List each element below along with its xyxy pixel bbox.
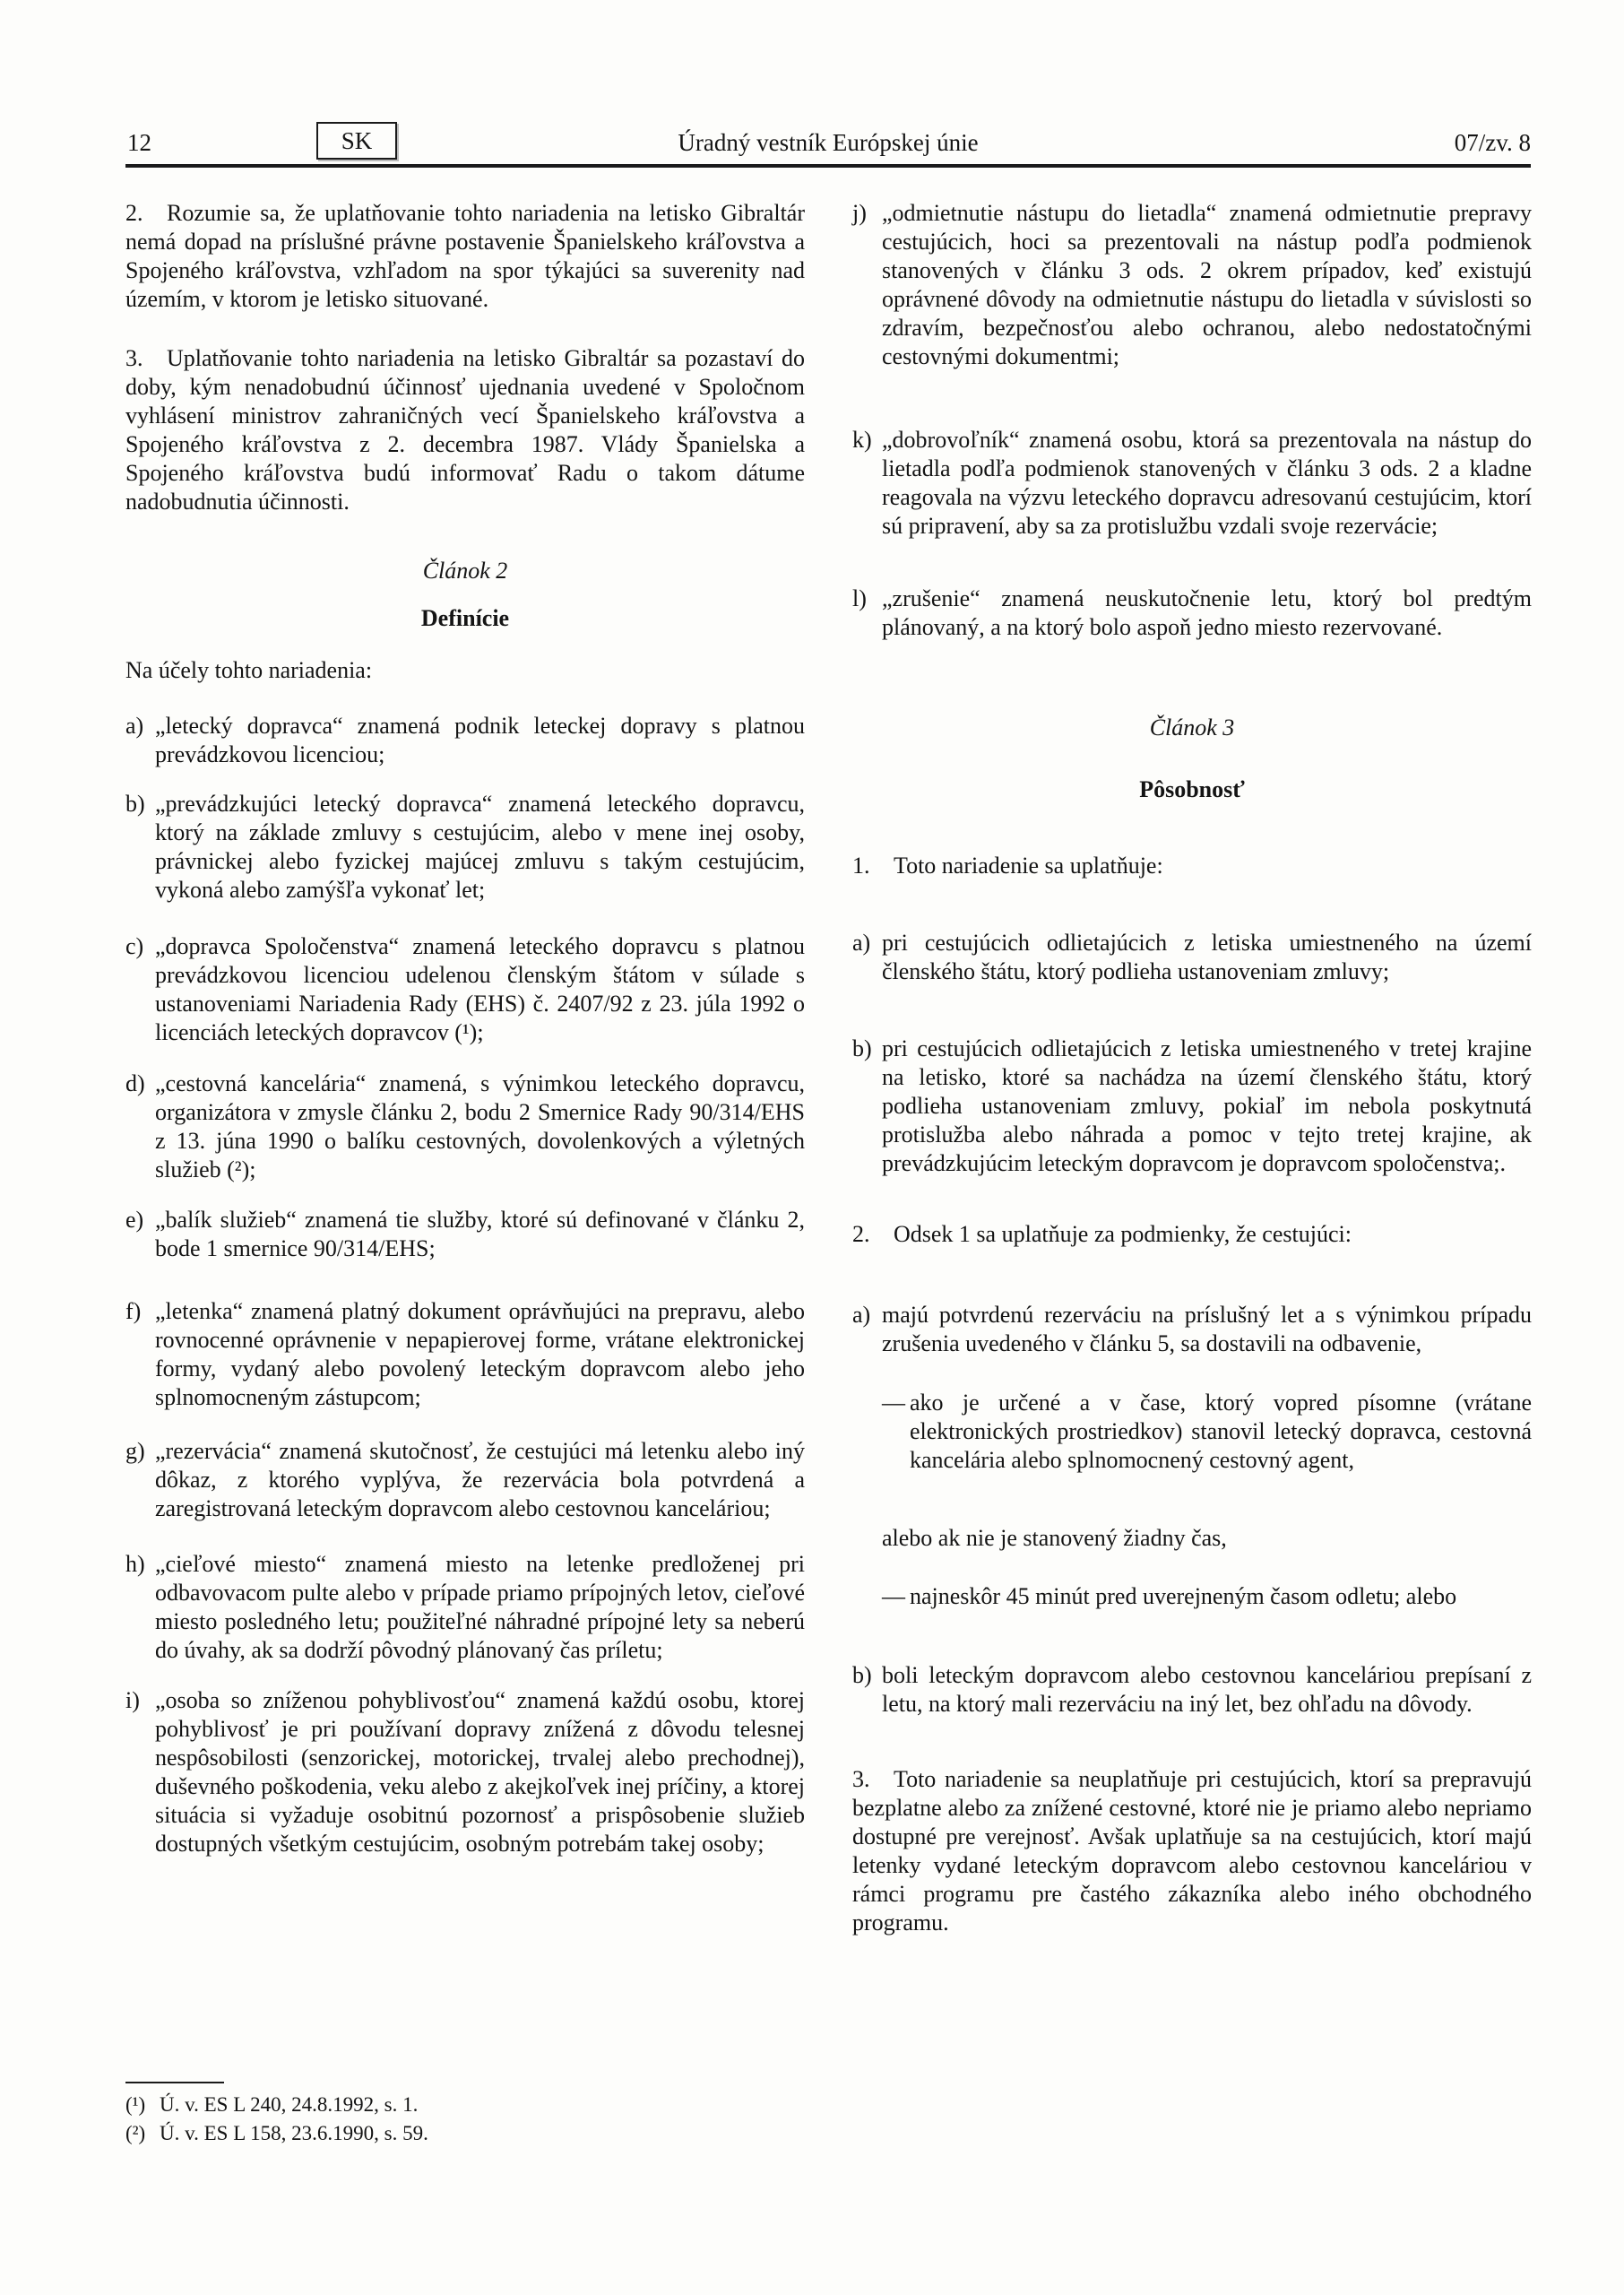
paragraph-number: 1. — [852, 852, 894, 880]
item-label: a) — [852, 1301, 870, 1329]
definition-item-d: d) „cestovná kancelária“ znamená, s výni… — [125, 1070, 805, 1184]
item-text: „cestovná kancelária“ znamená, s výnimko… — [155, 1070, 805, 1182]
right-column: j) „odmietnutie nástupu do lietadla“ zna… — [852, 199, 1532, 1937]
paragraph-text: Toto nariadenie sa neuplatňuje pri cestu… — [852, 1766, 1532, 1936]
language-badge: SK — [316, 122, 397, 160]
definition-item-e: e) „balík služieb“ znamená tie služby, k… — [125, 1206, 805, 1263]
footnote-marker: (¹) — [125, 2091, 160, 2119]
scope-paragraph-1: 1.Toto nariadenie sa uplatňuje: — [852, 852, 1532, 880]
left-column: 2.Rozumie sa, že uplatňovanie tohto nari… — [125, 199, 805, 1858]
page-header: 12 Úradný vestník Európskej únie SK 07/z… — [125, 126, 1531, 165]
definition-item-i: i) „osoba so zníženou pohyblivosťou“ zna… — [125, 1686, 805, 1858]
article-2-label: Článok 2 — [125, 557, 805, 585]
item-label: a) — [852, 929, 870, 957]
interjection-line: alebo ak nie je stanovený žiadny čas, — [852, 1524, 1532, 1553]
item-text: majú potvrdenú rezerváciu na príslušný l… — [882, 1302, 1532, 1356]
item-text: „odmietnutie nástupu do lietadla“ znamen… — [882, 200, 1532, 369]
paragraph-text: Toto nariadenie sa uplatňuje: — [894, 853, 1163, 879]
paragraph-text: Odsek 1 sa uplatňuje za podmienky, že ce… — [894, 1221, 1352, 1247]
definition-item-f: f) „letenka“ znamená platný dokument opr… — [125, 1297, 805, 1412]
item-label: d) — [125, 1070, 145, 1098]
item-text: „balík služieb“ znamená tie služby, ktor… — [155, 1207, 805, 1261]
volume-reference: 07/zv. 8 — [1455, 127, 1531, 158]
item-text: „dopravca Spoločenstva“ znamená leteckéh… — [155, 933, 805, 1045]
item-text: „rezervácia“ znamená skutočnosť, že cest… — [155, 1438, 805, 1521]
dash-item-1: — ako je určené a v čase, ktorý vopred p… — [852, 1389, 1532, 1475]
definition-item-h: h) „cieľové miesto“ znamená miesto na le… — [125, 1550, 805, 1665]
paragraph-number: 3. — [125, 344, 167, 373]
paragraph-text: Uplatňovanie tohto nariadenia na letisko… — [125, 345, 805, 515]
paragraph-2: 2.Rozumie sa, že uplatňovanie tohto nari… — [125, 199, 805, 314]
footnote-rule — [125, 2082, 224, 2083]
scope-item-a: a) pri cestujúcich odlietajúcich z letis… — [852, 929, 1532, 986]
footnote-2: (²)Ú. v. ES L 158, 23.6.1990, s. 59. — [125, 2119, 805, 2148]
dash-marker: — — [882, 1389, 905, 1417]
item-text: najneskôr 45 minút pred uverejneným časo… — [910, 1583, 1456, 1609]
item-label: l) — [852, 585, 867, 613]
definition-item-a: a) „letecký dopravca“ znamená podnik let… — [125, 712, 805, 769]
article-2-intro: Na účely tohto nariadenia: — [125, 656, 805, 685]
item-label: k) — [852, 426, 872, 455]
item-label: b) — [852, 1035, 872, 1063]
item-text: „letenka“ znamená platný dokument oprávň… — [155, 1298, 805, 1410]
document-page: 12 Úradný vestník Európskej únie SK 07/z… — [0, 0, 1624, 2295]
item-label: h) — [125, 1550, 145, 1579]
footnote-1: (¹)Ú. v. ES L 240, 24.8.1992, s. 1. — [125, 2091, 805, 2119]
item-text: „dobrovoľník“ znamená osobu, ktorá sa pr… — [882, 427, 1532, 539]
definition-item-c: c) „dopravca Spoločenstva“ znamená letec… — [125, 932, 805, 1047]
item-label: e) — [125, 1206, 143, 1234]
definition-item-k: k) „dobrovoľník“ znamená osobu, ktorá sa… — [852, 426, 1532, 541]
footnote-text: Ú. v. ES L 158, 23.6.1990, s. 59. — [160, 2122, 428, 2144]
item-label: j) — [852, 199, 867, 228]
scope-item-b: b) pri cestujúcich odlietajúcich z letis… — [852, 1035, 1532, 1178]
item-text: „osoba so zníženou pohyblivosťou“ znamen… — [155, 1687, 805, 1857]
item-text: „prevádzkujúci letecký dopravca“ znamená… — [155, 791, 805, 903]
definition-item-g: g) „rezervácia“ znamená skutočnosť, že c… — [125, 1437, 805, 1523]
definition-item-l: l) „zrušenie“ znamená neuskutočnenie let… — [852, 585, 1532, 642]
item-label: c) — [125, 932, 143, 961]
item-text: „cieľové miesto“ znamená miesto na leten… — [155, 1551, 805, 1663]
item-label: b) — [852, 1661, 872, 1690]
item-text: „letecký dopravca“ znamená podnik leteck… — [155, 713, 805, 767]
definition-item-b: b) „prevádzkujúci letecký dopravca“ znam… — [125, 790, 805, 905]
item-text: ako je určené a v čase, ktorý vopred pís… — [910, 1390, 1532, 1473]
item-label: f) — [125, 1297, 141, 1326]
article-2-title: Definície — [125, 604, 805, 633]
item-label: a) — [125, 712, 143, 740]
item-text: „zrušenie“ znamená neuskutočnenie letu, … — [882, 585, 1532, 640]
article-3-label: Článok 3 — [852, 714, 1532, 742]
item-label: b) — [125, 790, 145, 818]
paragraph-number: 2. — [125, 199, 167, 228]
paragraph-number: 3. — [852, 1765, 894, 1794]
dash-marker: — — [882, 1582, 905, 1611]
header-rule — [125, 164, 1531, 168]
paragraph-3: 3.Uplatňovanie tohto nariadenia na letis… — [125, 344, 805, 516]
condition-item-a: a) majú potvrdenú rezerváciu na príslušn… — [852, 1301, 1532, 1358]
condition-item-b: b) boli leteckým dopravcom alebo cestovn… — [852, 1661, 1532, 1719]
dash-item-2: — najneskôr 45 minút pred uverejneným ča… — [852, 1582, 1532, 1611]
scope-paragraph-2: 2.Odsek 1 sa uplatňuje za podmienky, že … — [852, 1220, 1532, 1249]
article-3-title: Pôsobnosť — [852, 775, 1532, 804]
footnotes: (¹)Ú. v. ES L 240, 24.8.1992, s. 1. (²)Ú… — [125, 2082, 805, 2148]
item-label: i) — [125, 1686, 140, 1715]
footnote-marker: (²) — [125, 2119, 160, 2148]
footnote-text: Ú. v. ES L 240, 24.8.1992, s. 1. — [160, 2093, 418, 2116]
paragraph-number: 2. — [852, 1220, 894, 1249]
item-text: pri cestujúcich odlietajúcich z letiska … — [882, 1035, 1532, 1176]
item-label: g) — [125, 1437, 145, 1466]
item-text: pri cestujúcich odlietajúcich z letiska … — [882, 930, 1532, 984]
scope-paragraph-3: 3.Toto nariadenie sa neuplatňuje pri ces… — [852, 1765, 1532, 1937]
definition-item-j: j) „odmietnutie nástupu do lietadla“ zna… — [852, 199, 1532, 371]
paragraph-text: Rozumie sa, že uplatňovanie tohto nariad… — [125, 200, 805, 312]
item-text: boli leteckým dopravcom alebo cestovnou … — [882, 1662, 1532, 1717]
language-code: SK — [341, 126, 373, 156]
